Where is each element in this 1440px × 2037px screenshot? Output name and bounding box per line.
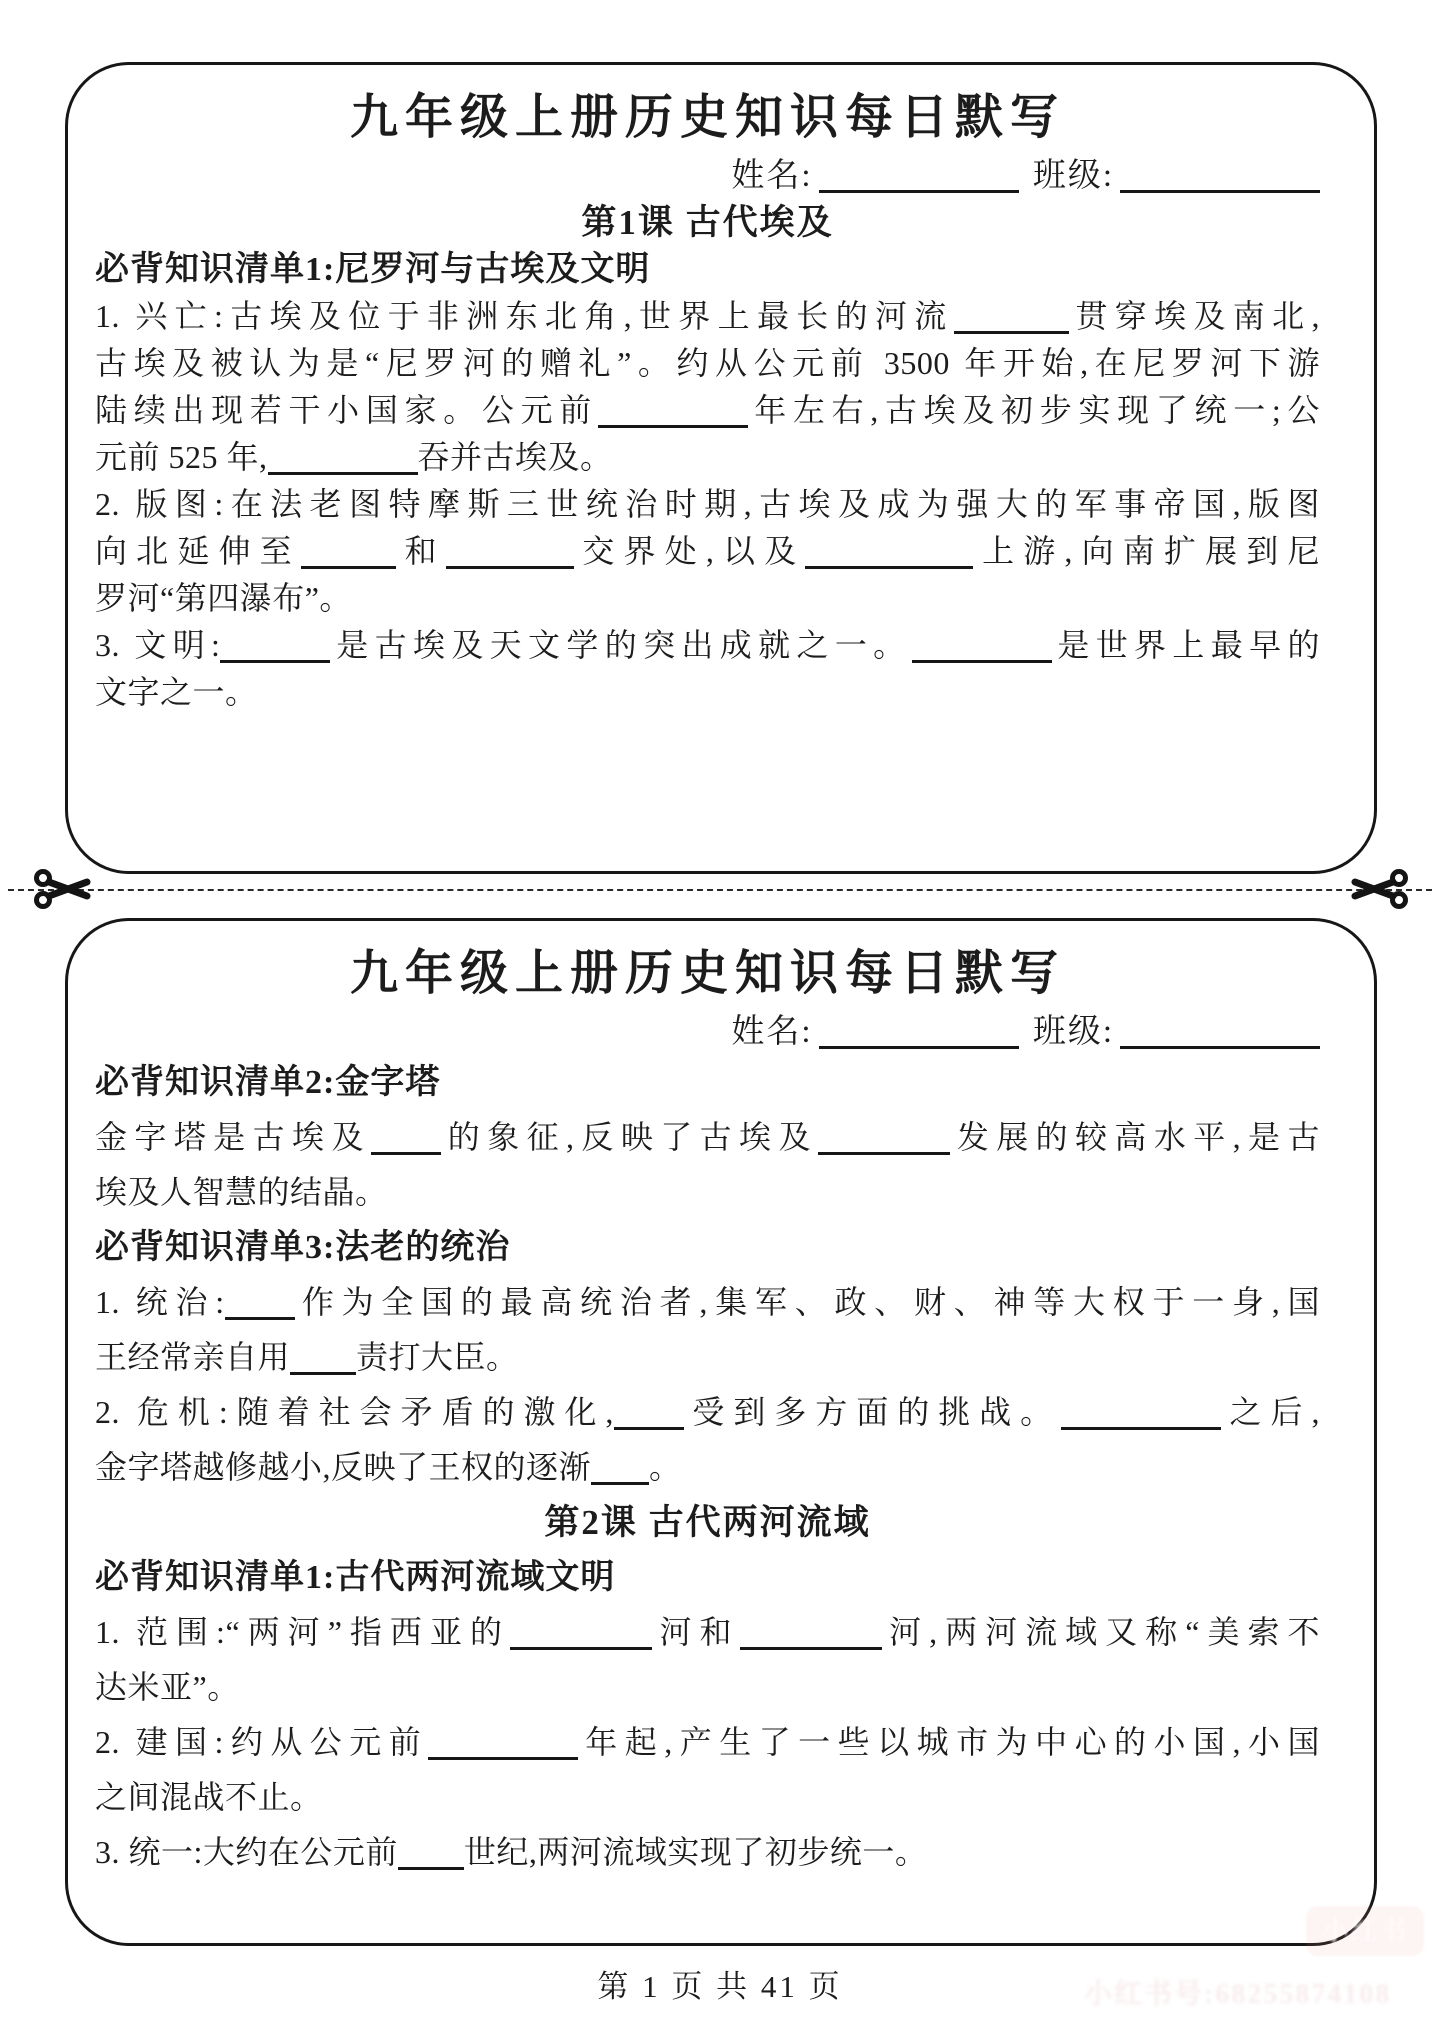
name-blank-line xyxy=(819,160,1019,193)
lesson-title: 第1课 古代埃及 xyxy=(95,199,1320,246)
text-segment: 陆续出现若干小国家。公元前 xyxy=(95,392,598,428)
body-line: 王经常亲自用责打大臣。 xyxy=(95,1330,1320,1385)
text-segment: 交界处,以及 xyxy=(574,533,806,569)
body-line: 元前 525 年,吞并古埃及。 xyxy=(95,434,1320,481)
name-class-row: 姓名: 班级: xyxy=(95,153,1320,199)
name-label: 姓名: xyxy=(731,158,812,194)
list-header: 必背知识清单1:古代两河流域文明 xyxy=(95,1550,1320,1605)
body-line: 向北延伸至和交界处,以及上游,向南扩展到尼 xyxy=(95,528,1320,575)
text-segment: 元前 525 年, xyxy=(95,439,268,475)
text-segment: 向北延伸至 xyxy=(95,533,301,569)
text-segment: 受到多方面的挑战。 xyxy=(684,1394,1061,1430)
worksheet-box-2: 九年级上册历史知识每日默写 姓名: 班级: 必背知识清单2:金字塔金字塔是古埃及… xyxy=(65,918,1377,1946)
blank-field xyxy=(818,1120,950,1155)
name-blank-line xyxy=(819,1016,1019,1049)
text-segment: 年起,产生了一些以城市为中心的小国,小国 xyxy=(578,1724,1320,1760)
blank-field xyxy=(398,1835,464,1870)
name-label: 姓名: xyxy=(731,1014,812,1050)
blank-field xyxy=(954,299,1069,334)
text-segment: 文字之一。 xyxy=(95,674,258,710)
body-line: 金字塔越修越小,反映了王权的逐渐。 xyxy=(95,1440,1320,1495)
text-segment: 之后, xyxy=(1221,1394,1320,1430)
text-segment: 金字塔是古埃及 xyxy=(95,1119,371,1155)
text-segment: 世纪,两河流域实现了初步统一。 xyxy=(464,1834,928,1870)
text-segment: 2. 危机:随着社会矛盾的激化, xyxy=(95,1394,614,1430)
blank-field xyxy=(912,628,1052,663)
body-line: 2. 版图:在法老图特摩斯三世统治时期,古埃及成为强大的军事帝国,版图 xyxy=(95,481,1320,528)
doc-title: 九年级上册历史知识每日默写 xyxy=(95,87,1320,149)
blank-field xyxy=(225,1285,295,1320)
text-segment: 罗河“第四瀑布”。 xyxy=(95,580,352,616)
blank-field xyxy=(591,1450,649,1485)
worksheet-box-1: 九年级上册历史知识每日默写 姓名: 班级: 第1课 古代埃及必背知识清单1:尼罗… xyxy=(65,62,1377,874)
body-line: 之间混战不止。 xyxy=(95,1770,1320,1825)
text-segment: 河,两河流域又称“美索不 xyxy=(882,1614,1320,1650)
text-segment: 古埃及被认为是“尼罗河的赠礼”。约从公元前 3500 年开始,在尼罗河下游 xyxy=(95,345,1320,381)
text-segment: 1. 范围:“两河”指西亚的 xyxy=(95,1614,510,1650)
body-line: 埃及人智慧的结晶。 xyxy=(95,1165,1320,1220)
text-segment: 埃及人智慧的结晶。 xyxy=(95,1174,388,1210)
text-segment: 王经常亲自用 xyxy=(95,1339,290,1375)
blank-field xyxy=(428,1725,578,1760)
rows-container-2: 必背知识清单2:金字塔金字塔是古埃及的象征,反映了古埃及发展的较高水平,是古埃及… xyxy=(95,1055,1320,1880)
body-line: 1. 范围:“两河”指西亚的河和河,两河流域又称“美索不 xyxy=(95,1605,1320,1660)
text-segment: 和 xyxy=(396,533,446,569)
worksheet-page: 九年级上册历史知识每日默写 姓名: 班级: 第1课 古代埃及必背知识清单1:尼罗… xyxy=(0,0,1440,2037)
class-label: 班级: xyxy=(1033,158,1114,194)
blank-field xyxy=(446,534,574,569)
blank-field xyxy=(805,534,973,569)
text-segment: 2. 版图:在法老图特摩斯三世统治时期,古埃及成为强大的军事帝国,版图 xyxy=(95,486,1320,522)
scissors-icon xyxy=(1344,866,1410,912)
blank-field xyxy=(1061,1395,1221,1430)
text-segment: 1. 统治: xyxy=(95,1284,225,1320)
text-segment: 之间混战不止。 xyxy=(95,1779,323,1815)
text-segment: 。 xyxy=(649,1449,682,1485)
text-segment: 达米亚”。 xyxy=(95,1669,240,1705)
list-header: 必背知识清单2:金字塔 xyxy=(95,1055,1320,1110)
doc-title: 九年级上册历史知识每日默写 xyxy=(95,943,1320,1005)
list-header: 必背知识清单1:尼罗河与古埃及文明 xyxy=(95,246,1320,293)
body-line: 2. 建国:约从公元前年起,产生了一些以城市为中心的小国,小国 xyxy=(95,1715,1320,1770)
text-segment: 是世界上最早的 xyxy=(1052,627,1320,663)
body-line: 2. 危机:随着社会矛盾的激化,受到多方面的挑战。之后, xyxy=(95,1385,1320,1440)
body-line: 3. 文明:是古埃及天文学的突出成就之一。是世界上最早的 xyxy=(95,622,1320,669)
text-segment: 贯穿埃及南北, xyxy=(1069,298,1320,334)
text-segment: 2. 建国:约从公元前 xyxy=(95,1724,428,1760)
text-segment: 上游,向南扩展到尼 xyxy=(973,533,1320,569)
body-line: 金字塔是古埃及的象征,反映了古埃及发展的较高水平,是古 xyxy=(95,1110,1320,1165)
text-segment: 的象征,反映了古埃及 xyxy=(441,1119,818,1155)
name-class-row: 姓名: 班级: xyxy=(95,1009,1320,1055)
body-line: 文字之一。 xyxy=(95,669,1320,716)
blank-field xyxy=(301,534,396,569)
lesson-title: 第2课 古代两河流域 xyxy=(95,1495,1320,1550)
text-segment: 吞并古埃及。 xyxy=(418,439,613,475)
text-segment: 河和 xyxy=(652,1614,740,1650)
blank-field xyxy=(510,1615,652,1650)
text-segment: 发展的较高水平,是古 xyxy=(950,1119,1320,1155)
blank-field xyxy=(598,393,748,428)
text-segment: 3. 统一:大约在公元前 xyxy=(95,1834,398,1870)
body-line: 古埃及被认为是“尼罗河的赠礼”。约从公元前 3500 年开始,在尼罗河下游 xyxy=(95,340,1320,387)
body-line: 达米亚”。 xyxy=(95,1660,1320,1715)
text-segment: 责打大臣。 xyxy=(356,1339,519,1375)
body-line: 1. 兴亡:古埃及位于非洲东北角,世界上最长的河流贯穿埃及南北, xyxy=(95,293,1320,340)
cut-dashed-line xyxy=(8,889,1432,891)
blank-field xyxy=(740,1615,882,1650)
class-blank-line xyxy=(1120,160,1320,193)
scissors-icon xyxy=(32,866,98,912)
class-blank-line xyxy=(1120,1016,1320,1049)
rows-container-1: 第1课 古代埃及必背知识清单1:尼罗河与古埃及文明1. 兴亡:古埃及位于非洲东北… xyxy=(95,199,1320,716)
blank-field xyxy=(371,1120,441,1155)
blank-field xyxy=(268,440,418,475)
text-segment: 3. 文明: xyxy=(95,627,220,663)
text-segment: 金字塔越修越小,反映了王权的逐渐 xyxy=(95,1449,591,1485)
body-line: 1. 统治:作为全国的最高统治者,集军、政、财、神等大权于一身,国 xyxy=(95,1275,1320,1330)
list-header: 必背知识清单3:法老的统治 xyxy=(95,1220,1320,1275)
body-line: 3. 统一:大约在公元前世纪,两河流域实现了初步统一。 xyxy=(95,1825,1320,1880)
watermark-id: 小红书号:68255874108 xyxy=(1084,1972,1391,2012)
text-segment: 是古埃及天文学的突出成就之一。 xyxy=(330,627,911,663)
watermark-badge: 小红书 xyxy=(1306,1906,1424,1956)
class-label: 班级: xyxy=(1033,1014,1114,1050)
body-line: 罗河“第四瀑布”。 xyxy=(95,575,1320,622)
text-segment: 1. 兴亡:古埃及位于非洲东北角,世界上最长的河流 xyxy=(95,298,954,334)
body-line: 陆续出现若干小国家。公元前年左右,古埃及初步实现了统一;公 xyxy=(95,387,1320,434)
text-segment: 作为全国的最高统治者,集军、政、财、神等大权于一身,国 xyxy=(295,1284,1320,1320)
blank-field xyxy=(614,1395,684,1430)
blank-field xyxy=(290,1340,356,1375)
text-segment: 年左右,古埃及初步实现了统一;公 xyxy=(748,392,1320,428)
blank-field xyxy=(220,628,330,663)
